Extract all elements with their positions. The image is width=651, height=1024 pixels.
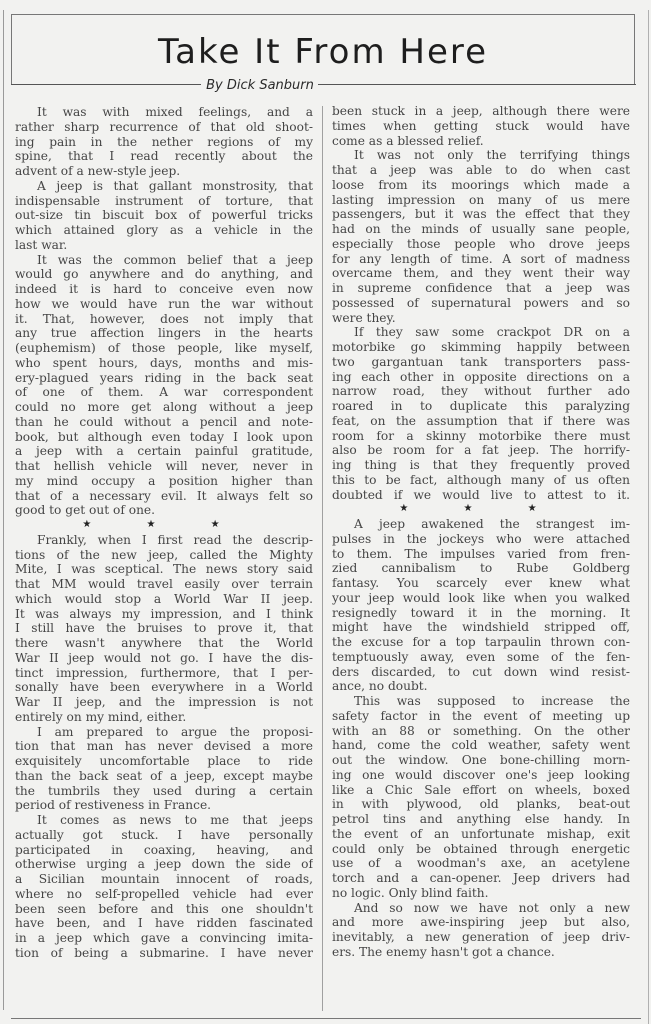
byline-rule-right	[318, 84, 636, 85]
text-line: use of a woodman's axe, an acetylene	[332, 856, 630, 871]
text-line: I still have the bruises to prove it, th…	[15, 621, 313, 636]
text-line: who spent hours, days, months and mis-	[15, 356, 313, 371]
text-line: tions of the new jeep, called the Mighty	[15, 548, 313, 563]
text-line: It comes as news to me that jeeps	[15, 813, 313, 828]
text-line: my mind occupy a position higher than	[15, 474, 313, 489]
page-border-left	[3, 10, 4, 1010]
column-divider	[322, 106, 323, 1011]
text-line: tion of being a submarine. I have never	[15, 946, 313, 961]
text-line: room for a skinny motorbike there must	[332, 429, 630, 444]
bottom-rule	[11, 1018, 641, 1019]
text-line: zied cannibalism to Rube Goldberg	[332, 561, 630, 576]
text-line: book, but although even today I look upo…	[15, 430, 313, 445]
page-border-right	[648, 10, 649, 1024]
text-line: how we would have run the war without	[15, 297, 313, 312]
text-line: could no more get along without a jeep	[15, 400, 313, 415]
article-column-left: It was with mixed feelings, and arather …	[15, 105, 313, 961]
text-line: a Sicilian mountain innocent of roads,	[15, 872, 313, 887]
text-line: War II jeep would not go. I have the dis…	[15, 651, 313, 666]
text-line: temptuously away, even some of the fen-	[332, 650, 630, 665]
text-line: there wasn't anywhere that the World	[15, 636, 313, 651]
text-line: advent of a new-style jeep.	[15, 164, 313, 179]
text-line: And so now we have not only a new	[332, 901, 630, 916]
text-line: I am prepared to argue the proposi-	[15, 725, 313, 740]
text-line: two gargantuan tank transporters pass-	[332, 355, 630, 370]
text-line: been stuck in a jeep, although there wer…	[332, 104, 630, 119]
text-line: had on the minds of usually sane people,	[332, 222, 630, 237]
text-line: passengers, but it was the effect that t…	[332, 207, 630, 222]
text-line: and more awe-inspiring jeep but also,	[332, 915, 630, 930]
text-line: to them. The impulses varied from fren-	[332, 547, 630, 562]
text-line: motorbike go skimming happily between	[332, 340, 630, 355]
text-line: your jeep would look like when you walke…	[332, 591, 630, 606]
text-line: come as a blessed relief.	[332, 134, 630, 149]
text-line: with an 88 or something. On the other	[332, 724, 630, 739]
text-line: torch and a can-opener. Jeep drivers had	[332, 871, 630, 886]
text-line: It was always my impression, and I think	[15, 607, 313, 622]
text-line: no logic. Only blind faith.	[332, 886, 630, 901]
text-line: could only be obtained through energetic	[332, 842, 630, 857]
text-line: good to get out of one.	[15, 503, 313, 518]
text-line: Mite, I was sceptical. The news story sa…	[15, 562, 313, 577]
text-line: (euphemism) of those people, like myself…	[15, 341, 313, 356]
text-line: possessed of supernatural powers and so	[332, 296, 630, 311]
text-line: ders discarded, to cut down wind resist-	[332, 665, 630, 680]
text-line: the event of an unfortunate mishap, exit	[332, 827, 630, 842]
text-line: entirely on my mind, either.	[15, 710, 313, 725]
text-line: last war.	[15, 238, 313, 253]
text-line: It was with mixed feelings, and a	[15, 105, 313, 120]
text-line: It was not only the terrifying things	[332, 148, 630, 163]
headline-box: Take It From Here	[11, 14, 635, 84]
text-line: War II jeep, and the impression is not	[15, 695, 313, 710]
text-line: otherwise urging a jeep down the side of	[15, 857, 313, 872]
text-line: in with plywood, old planks, beat-out	[332, 797, 630, 812]
text-line: pulses in the jockeys who were attached	[332, 532, 630, 547]
text-line: ing each other in opposite directions on…	[332, 370, 630, 385]
text-line: overcame them, and they went their way	[332, 266, 630, 281]
text-line: than he could without a pencil and note-	[15, 415, 313, 430]
text-line: ing one would discover one's jeep lookin…	[332, 768, 630, 783]
headline: Take It From Here	[12, 35, 634, 69]
text-line: it. That, however, does not imply that	[15, 312, 313, 327]
text-line: resignedly toward it in the morning. It	[332, 606, 630, 621]
text-line: which attained glory as a vehicle in the	[15, 223, 313, 238]
text-line: This was supposed to increase the	[332, 694, 630, 709]
text-line: hand, come the cold weather, safety went	[332, 738, 630, 753]
text-line: indeed it is hard to conceive even now	[15, 282, 313, 297]
text-line: Frankly, when I first read the descrip-	[15, 533, 313, 548]
text-line: which would stop a World War II jeep.	[15, 592, 313, 607]
text-line: times when getting stuck would have	[332, 119, 630, 134]
text-line: ers. The enemy hasn't got a chance.	[332, 945, 630, 960]
text-line: tion that man has never devised a more	[15, 739, 313, 754]
text-line: that MM would travel easily over terrain	[15, 577, 313, 592]
text-line: this to be fact, although many of us oft…	[332, 473, 630, 488]
text-line: tinct impression, furthermore, that I pe…	[15, 666, 313, 681]
text-line: where no self-propelled vehicle had ever	[15, 887, 313, 902]
text-line: safety factor in the event of meeting up	[332, 709, 630, 724]
text-line: spine, that I read recently about the	[15, 149, 313, 164]
text-line: narrow road, they without further ado	[332, 384, 630, 399]
text-line: in a jeep which gave a convincing imita-	[15, 931, 313, 946]
text-line: It was the common belief that a jeep	[15, 253, 313, 268]
text-line: participated in coaxing, heaving, and	[15, 843, 313, 858]
section-separator: ★ ★ ★	[332, 502, 630, 517]
text-line: period of restiveness in France.	[15, 798, 313, 813]
text-line: for any length of time. A sort of madnes…	[332, 252, 630, 267]
text-line: that hellish vehicle will never, never i…	[15, 459, 313, 474]
text-line: actually got stuck. I have personally	[15, 828, 313, 843]
article-column-right: been stuck in a jeep, although there wer…	[332, 104, 630, 960]
text-line: indispensable instrument of torture, tha…	[15, 194, 313, 209]
section-separator: ★ ★ ★	[15, 518, 313, 533]
text-line: ing thing is that they frequently proved	[332, 458, 630, 473]
text-line: also be room for a fat jeep. The horrify…	[332, 443, 630, 458]
text-line: doubted if we would live to attest to it…	[332, 488, 630, 503]
text-line: been seen before and this one shouldn't	[15, 902, 313, 917]
text-line: loose from its moorings which made a	[332, 178, 630, 193]
text-line: A jeep is that gallant monstrosity, that	[15, 179, 313, 194]
text-line: exquisitely uncomfortable place to ride	[15, 754, 313, 769]
text-line: feat, on the assumption that if there wa…	[332, 414, 630, 429]
text-line: like a Chic Sale effort on wheels, boxed	[332, 783, 630, 798]
text-line: lasting impression on many of us mere	[332, 193, 630, 208]
text-line: were they.	[332, 311, 630, 326]
text-line: especially those people who drove jeeps	[332, 237, 630, 252]
text-line: out-size tin biscuit box of powerful tri…	[15, 208, 313, 223]
text-line: have been, and I have ridden fascinated	[15, 916, 313, 931]
text-line: might have the windshield stripped off,	[332, 620, 630, 635]
text-line: of one of them. A war correspondent	[15, 385, 313, 400]
byline: By Dick Sanburn	[200, 78, 320, 93]
text-line: in supreme confidence that a jeep was	[332, 281, 630, 296]
text-line: ery-plagued years riding in the back sea…	[15, 371, 313, 386]
text-line: petrol tins and anything else handy. In	[332, 812, 630, 827]
text-line: ing pain in the nether regions of my	[15, 135, 313, 150]
text-line: than the back seat of a jeep, except may…	[15, 769, 313, 784]
byline-rule-left	[11, 84, 201, 85]
text-line: If they saw some crackpot DR on a	[332, 325, 630, 340]
text-line: roared in to duplicate this paralyzing	[332, 399, 630, 414]
text-line: a jeep with a certain painful gratitude,	[15, 444, 313, 459]
text-line: would go anywhere and do anything, and	[15, 267, 313, 282]
text-line: rather sharp recurrence of that old shoo…	[15, 120, 313, 135]
text-line: the excuse for a top tarpaulin thrown co…	[332, 635, 630, 650]
text-line: the tumbrils they used during a certain	[15, 784, 313, 799]
text-line: any true affection lingers in the hearts	[15, 326, 313, 341]
text-line: inevitably, a new generation of jeep dri…	[332, 930, 630, 945]
text-line: out the window. One bone-chilling morn-	[332, 753, 630, 768]
text-line: that of a necessary evil. It always felt…	[15, 489, 313, 504]
text-line: A jeep awakened the strangest im-	[332, 517, 630, 532]
text-line: fantasy. You scarcely ever knew what	[332, 576, 630, 591]
text-line: sonally have been everywhere in a World	[15, 680, 313, 695]
text-line: that a jeep was able to do when cast	[332, 163, 630, 178]
text-line: ance, no doubt.	[332, 679, 630, 694]
